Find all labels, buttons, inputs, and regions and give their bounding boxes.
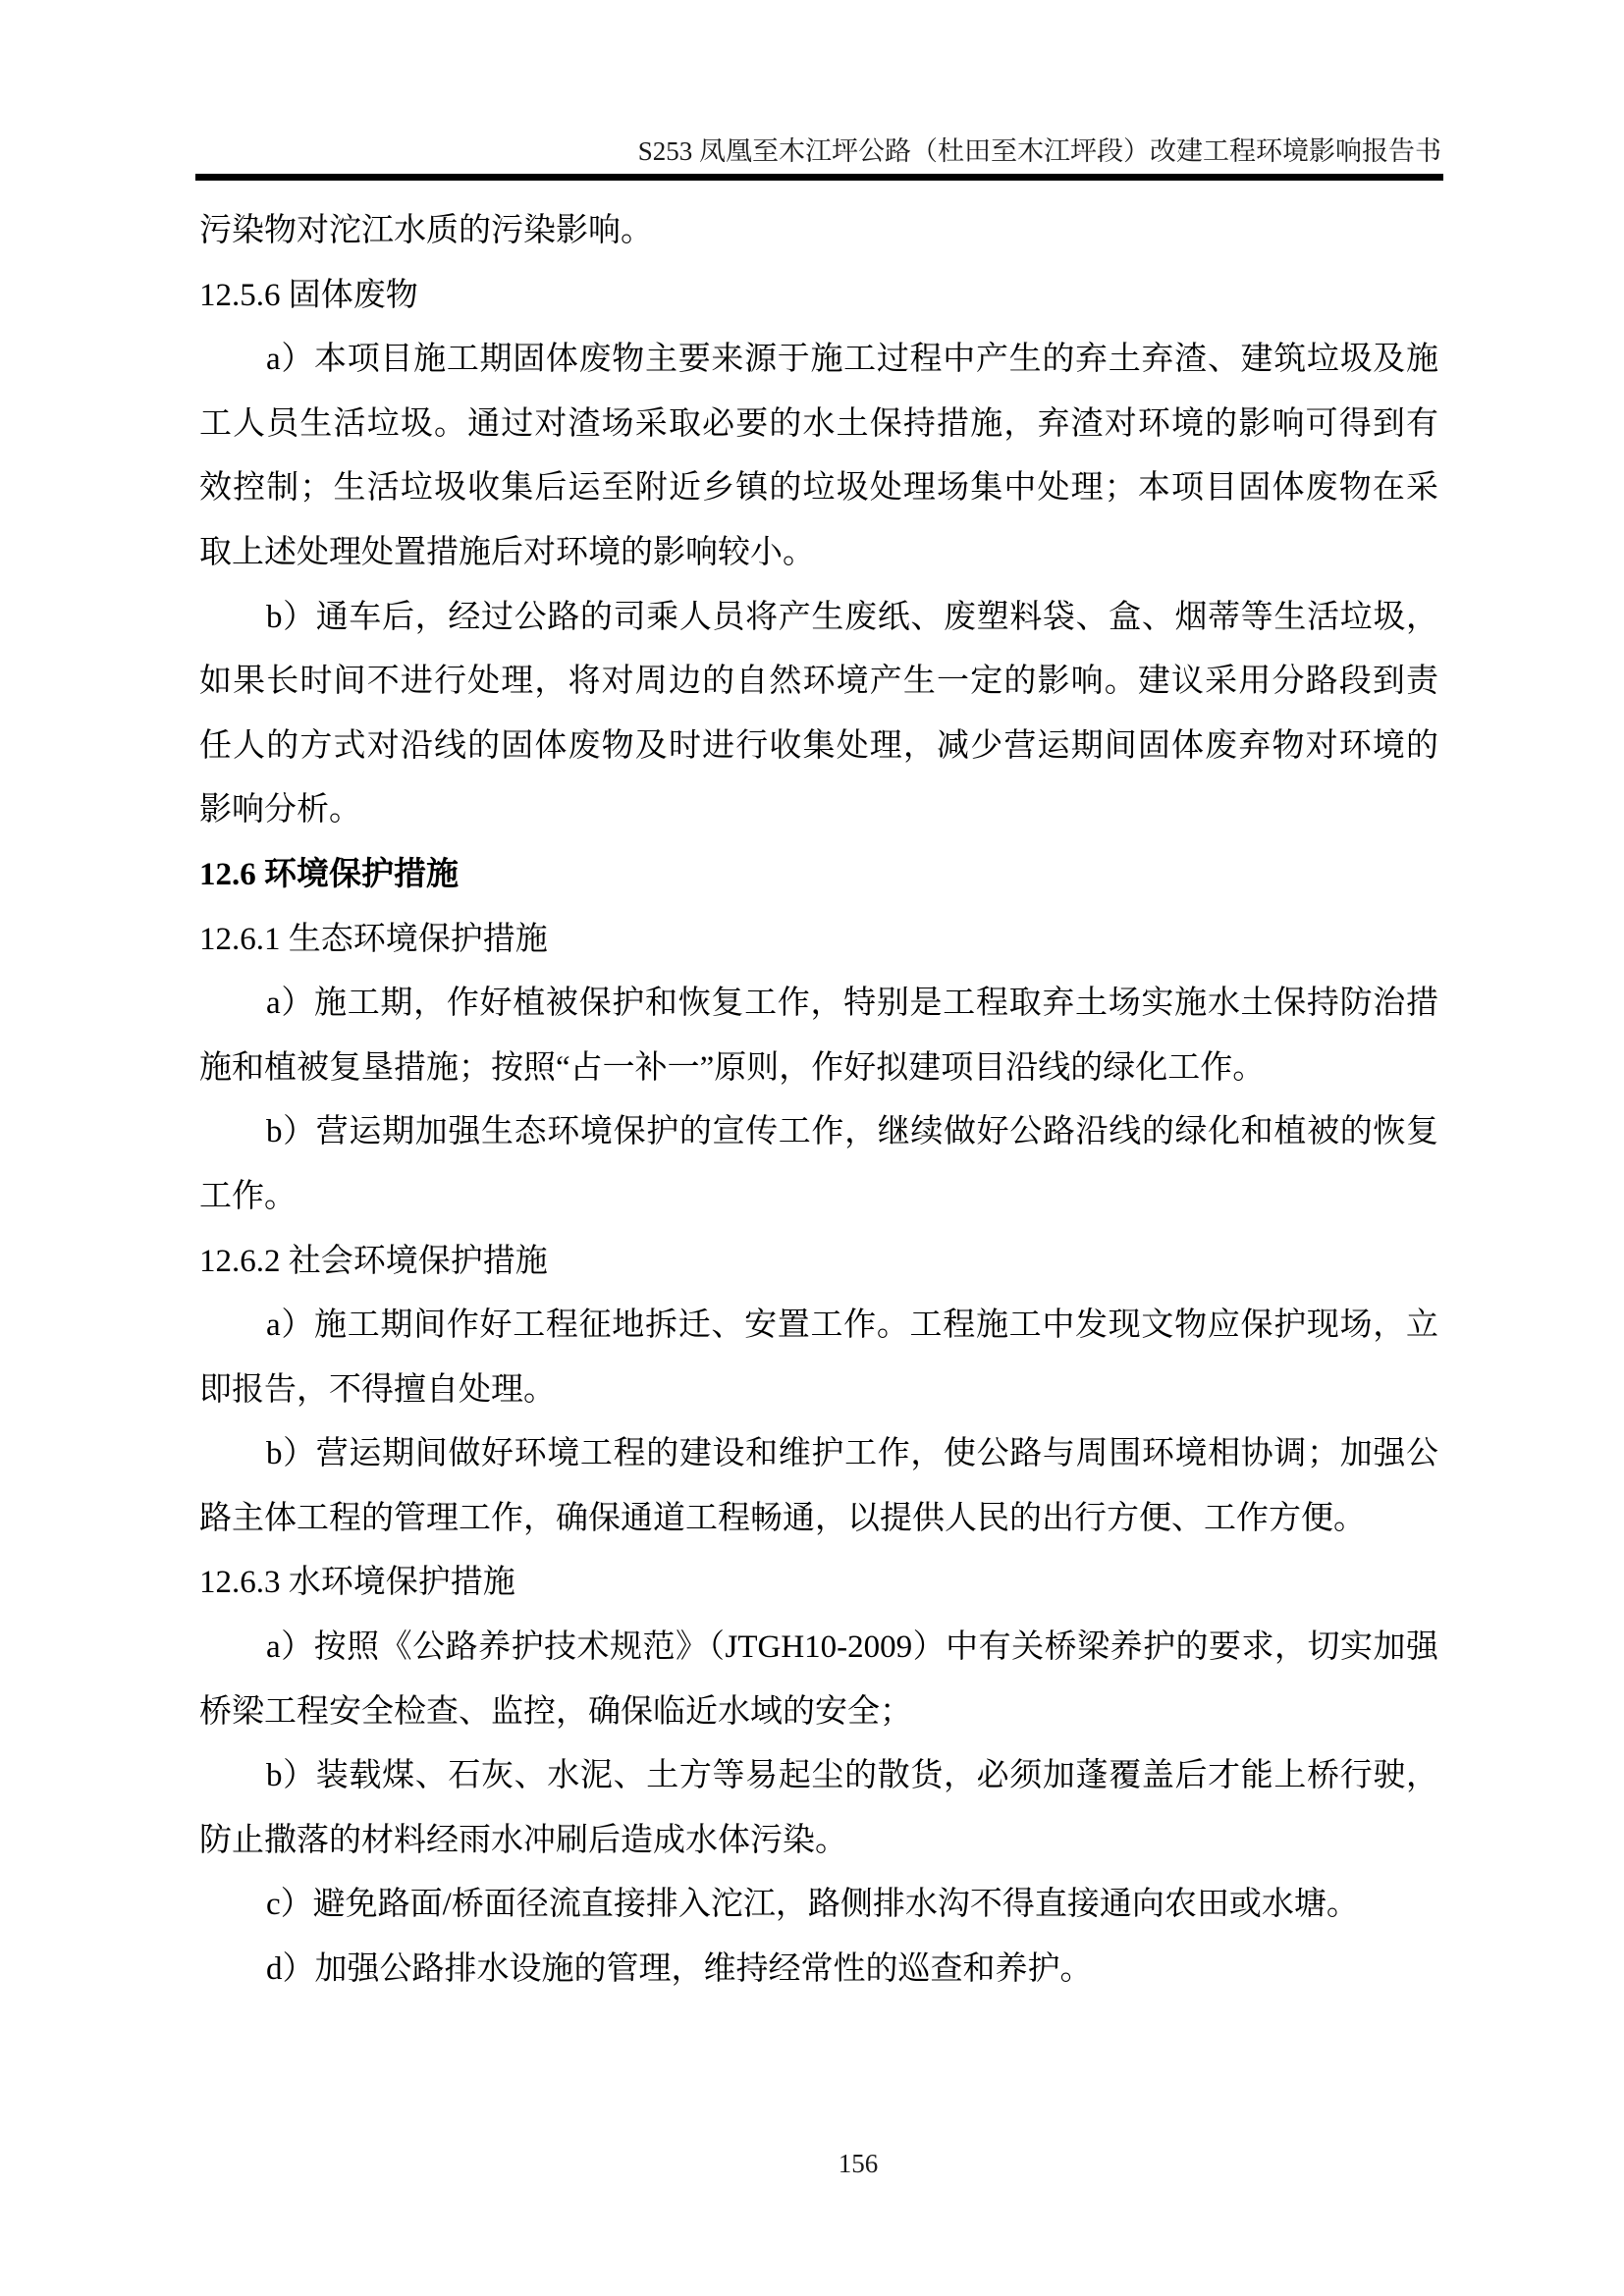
text-line: 污染物对沱江水质的污染影响。 (199, 199, 1438, 264)
paragraph: b）营运期间做好环境工程的建设和维护工作，使公路与周围环境相协调；加强公路主体工… (199, 1422, 1438, 1551)
section-heading: 12.6.1 生态环境保护措施 (199, 908, 1438, 973)
text-line: d）加强公路排水设施的管理，维持经常性的巡查和养护。 (199, 1938, 1438, 2002)
text-line: b）装载煤、石灰、水泥、土方等易起尘的散货，必须加蓬覆盖后才能上桥行驶， (199, 1744, 1438, 1809)
header-rule (195, 174, 1443, 181)
text-line: 取上述处理处置措施后对环境的影响较小。 (199, 521, 1438, 586)
text-line: 工作。 (199, 1165, 1438, 1230)
text-line: 效控制；生活垃圾收集后运至附近乡镇的垃圾处理场集中处理；本项目固体废物在采 (199, 456, 1438, 521)
text-line: 工人员生活垃圾。通过对渣场采取必要的水土保持措施，弃渣对环境的影响可得到有 (199, 393, 1438, 457)
document-body: 污染物对沱江水质的污染影响。12.5.6 固体废物a）本项目施工期固体废物主要来… (199, 199, 1438, 2002)
text-line: a）本项目施工期固体废物主要来源于施工过程中产生的弃土弃渣、建筑垃圾及施 (199, 328, 1438, 393)
section-heading: 12.6.2 社会环境保护措施 (199, 1230, 1438, 1295)
section-heading: 12.6.3 水环境保护措施 (199, 1551, 1438, 1616)
text-line: 影响分析。 (199, 778, 1438, 843)
section-heading: 12.5.6 固体废物 (199, 264, 1438, 329)
text-line: a）施工期间作好工程征地拆迁、安置工作。工程施工中发现文物应保护现场，立 (199, 1294, 1438, 1359)
text-line: a）施工期，作好植被保护和恢复工作，特别是工程取弃土场实施水土保持防治措 (199, 972, 1438, 1037)
text-line: 路主体工程的管理工作，确保通道工程畅通，以提供人民的出行方便、工作方便。 (199, 1487, 1438, 1552)
paragraph: b）通车后，经过公路的司乘人员将产生废纸、废塑料袋、盒、烟蒂等生活垃圾，如果长时… (199, 586, 1438, 843)
paragraph: a）施工期间作好工程征地拆迁、安置工作。工程施工中发现文物应保护现场，立即报告，… (199, 1294, 1438, 1422)
page-number: 156 (839, 2148, 879, 2179)
section-heading: 12.6 环境保护措施 (199, 843, 1438, 908)
text-line: b）营运期间做好环境工程的建设和维护工作，使公路与周围环境相协调；加强公 (199, 1422, 1438, 1487)
paragraph: a）按照《公路养护技术规范》（JTGH10-2009）中有关桥梁养护的要求，切实… (199, 1616, 1438, 1744)
paragraph: a）本项目施工期固体废物主要来源于施工过程中产生的弃土弃渣、建筑垃圾及施工人员生… (199, 328, 1438, 585)
text-line: 防止撒落的材料经雨水冲刷后造成水体污染。 (199, 1809, 1438, 1874)
text-line: 施和植被复垦措施；按照“占一补一”原则，作好拟建项目沿线的绿化工作。 (199, 1037, 1438, 1101)
text-line: 如果长时间不进行处理，将对周边的自然环境产生一定的影响。建议采用分路段到责 (199, 650, 1438, 715)
paragraph-continuation: 污染物对沱江水质的污染影响。 (199, 199, 1438, 264)
paragraph: c）避免路面/桥面径流直接排入沱江，路侧排水沟不得直接通向农田或水塘。 (199, 1873, 1438, 1938)
paragraph: b）营运期加强生态环境保护的宣传工作，继续做好公路沿线的绿化和植被的恢复工作。 (199, 1100, 1438, 1229)
text-line: b）营运期加强生态环境保护的宣传工作，继续做好公路沿线的绿化和植被的恢复 (199, 1100, 1438, 1165)
paragraph: b）装载煤、石灰、水泥、土方等易起尘的散货，必须加蓬覆盖后才能上桥行驶，防止撒落… (199, 1744, 1438, 1873)
text-line: 即报告，不得擅自处理。 (199, 1359, 1438, 1423)
text-line: 桥梁工程安全检查、监控，确保临近水域的安全； (199, 1681, 1438, 1745)
text-line: b）通车后，经过公路的司乘人员将产生废纸、废塑料袋、盒、烟蒂等生活垃圾， (199, 586, 1438, 651)
page-header-title: S253 凤凰至木江坪公路（杜田至木江坪段）改建工程环境影响报告书 (638, 136, 1441, 167)
text-line: 任人的方式对沿线的固体废物及时进行收集处理，减少营运期间固体废弃物对环境的 (199, 715, 1438, 779)
document-page: { "page": { "header": { "title": "S253 凤… (0, 0, 1624, 2296)
text-line: c）避免路面/桥面径流直接排入沱江，路侧排水沟不得直接通向农田或水塘。 (199, 1873, 1438, 1938)
paragraph: d）加强公路排水设施的管理，维持经常性的巡查和养护。 (199, 1938, 1438, 2002)
text-line: a）按照《公路养护技术规范》（JTGH10-2009）中有关桥梁养护的要求，切实… (199, 1616, 1438, 1681)
paragraph: a）施工期，作好植被保护和恢复工作，特别是工程取弃土场实施水土保持防治措施和植被… (199, 972, 1438, 1100)
